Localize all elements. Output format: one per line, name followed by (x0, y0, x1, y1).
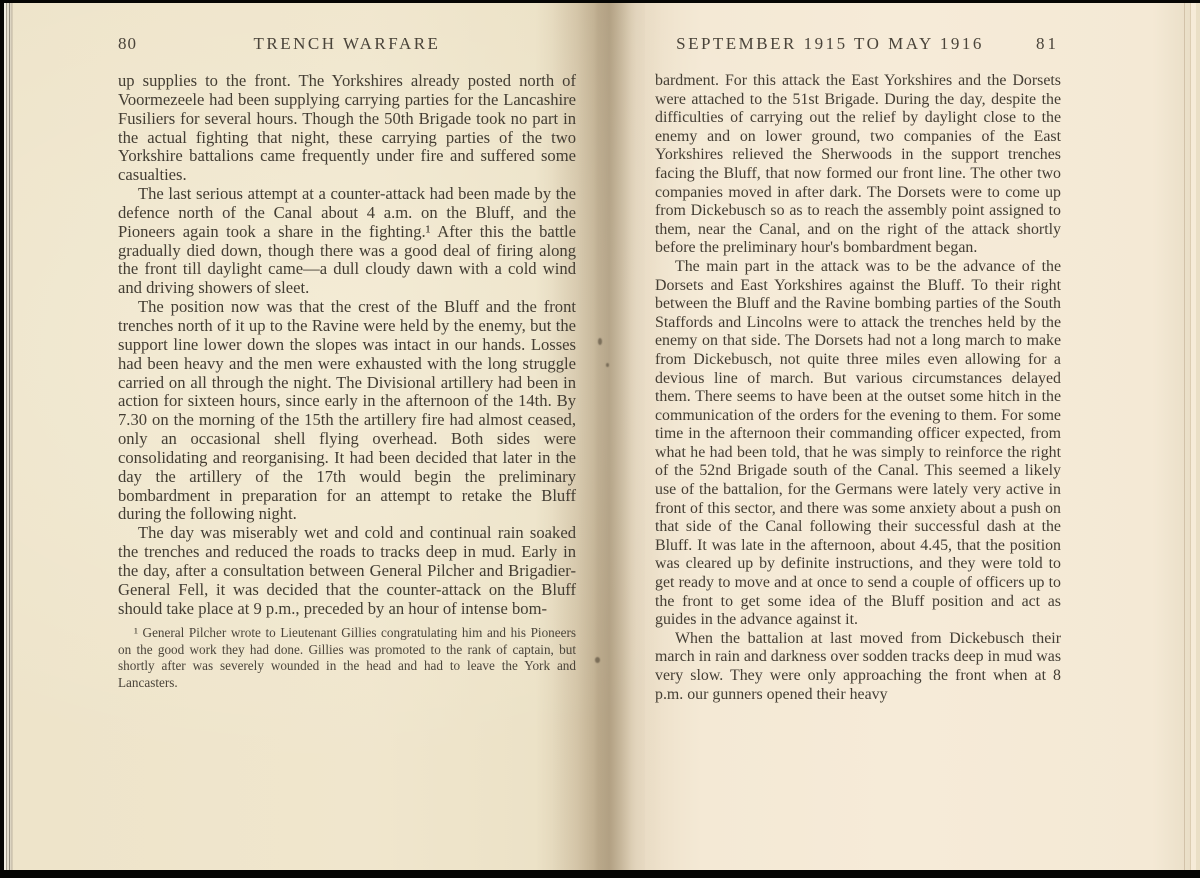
right-page-header: SEPTEMBER 1915 TO MAY 1916 81 (655, 34, 1061, 56)
book-page-edges-left (0, 0, 13, 878)
right-page: SEPTEMBER 1915 TO MAY 1916 81 bardment. … (655, 34, 1061, 704)
left-page-footnote: ¹ General Pilcher wrote to Lieutenant Gi… (118, 625, 576, 691)
paragraph: bardment. For this attack the East Yorks… (655, 72, 1061, 258)
paragraph: up supplies to the front. The Yorkshires… (118, 72, 576, 185)
photo-frame-bottom (0, 870, 1200, 878)
scan-speck (595, 657, 600, 663)
paragraph: The main part in the attack was to be th… (655, 258, 1061, 630)
paragraph: The day was miserably wet and cold and c… (118, 524, 576, 618)
right-page-body: bardment. For this attack the East Yorks… (655, 72, 1061, 704)
paragraph: The position now was that the crest of t… (118, 298, 576, 524)
left-page-number: 80 (118, 34, 137, 54)
right-running-title: SEPTEMBER 1915 TO MAY 1916 (655, 34, 1005, 54)
right-page-number: 81 (1036, 34, 1059, 54)
left-page-body: up supplies to the front. The Yorkshires… (118, 72, 576, 618)
left-running-title: TRENCH WARFARE (158, 34, 536, 54)
left-page: 80 TRENCH WARFARE up supplies to the fro… (118, 34, 576, 691)
paragraph: The last serious attempt at a counter-at… (118, 185, 576, 298)
scan-speck (606, 363, 609, 367)
scan-speck (598, 338, 602, 345)
book-page-edges-right (1182, 3, 1200, 870)
left-page-header: 80 TRENCH WARFARE (118, 34, 576, 56)
book-scan-photo: 80 TRENCH WARFARE up supplies to the fro… (0, 0, 1200, 878)
photo-frame-top (0, 0, 1200, 3)
paragraph: When the battalion at last moved from Di… (655, 630, 1061, 704)
